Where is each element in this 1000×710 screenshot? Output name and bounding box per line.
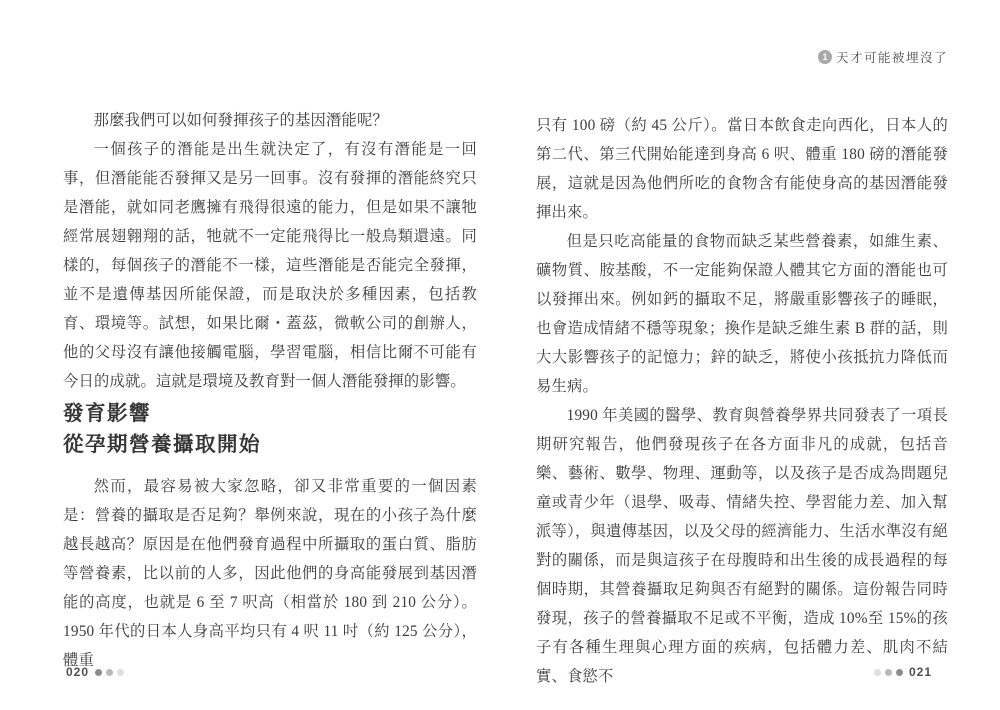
footer-dot bbox=[117, 669, 124, 676]
right-page-text: 只有 100 磅（約 45 公斤）。當日本飲食走向西化，日本人的第二代、第三代開… bbox=[536, 111, 948, 691]
section-heading: 發育影響 從孕期營養攝取開始 bbox=[63, 398, 261, 460]
paragraph: 1990 年美國的醫學、教育與營養學界共同發表了一項長期研究報告，他們發現孩子在… bbox=[536, 401, 948, 691]
footer-dots bbox=[874, 669, 903, 676]
section-heading-line2: 從孕期營養攝取開始 bbox=[63, 429, 261, 460]
left-page-footer: 020 bbox=[66, 665, 124, 679]
right-page-footer: 021 bbox=[874, 665, 932, 679]
left-page: 那麼我們可以如何發揮孩子的基因潛能呢？ 一個孩子的潛能是出生就決定了，有沒有潛能… bbox=[0, 0, 500, 710]
footer-dot bbox=[106, 669, 113, 676]
page-number: 020 bbox=[66, 665, 89, 679]
footer-dot bbox=[874, 669, 881, 676]
footer-dot bbox=[885, 669, 892, 676]
running-header: 1 天才可能被埋沒了 bbox=[818, 48, 948, 66]
left-page-text-top: 那麼我們可以如何發揮孩子的基因潛能呢？ 一個孩子的潛能是出生就決定了，有沒有潛能… bbox=[63, 106, 477, 396]
right-page: 1 天才可能被埋沒了 只有 100 磅（約 45 公斤）。當日本飲食走向西化，日… bbox=[500, 0, 1000, 710]
running-title: 天才可能被埋沒了 bbox=[836, 48, 948, 66]
paragraph: 然而，最容易被大家忽略，卻又非常重要的一個因素是：營養的攝取是否足夠？舉例來說，… bbox=[63, 472, 477, 675]
paragraph: 只有 100 磅（約 45 公斤）。當日本飲食走向西化，日本人的第二代、第三代開… bbox=[536, 111, 948, 227]
chapter-number-badge-icon: 1 bbox=[818, 50, 832, 64]
page-number: 021 bbox=[909, 665, 932, 679]
paragraph: 但是只吃高能量的食物而缺乏某些營養素，如維生素、礦物質、胺基酸，不一定能夠保證人… bbox=[536, 227, 948, 401]
section-heading-line1: 發育影響 bbox=[63, 398, 261, 429]
paragraph: 一個孩子的潛能是出生就決定了，有沒有潛能是一回事，但潛能能否發揮又是另一回事。沒… bbox=[63, 135, 477, 396]
left-page-text-bottom: 然而，最容易被大家忽略，卻又非常重要的一個因素是：營養的攝取是否足夠？舉例來說，… bbox=[63, 472, 477, 675]
book-spread: 那麼我們可以如何發揮孩子的基因潛能呢？ 一個孩子的潛能是出生就決定了，有沒有潛能… bbox=[0, 0, 1000, 710]
footer-dot bbox=[896, 669, 903, 676]
paragraph: 那麼我們可以如何發揮孩子的基因潛能呢？ bbox=[63, 106, 477, 135]
footer-dots bbox=[95, 669, 124, 676]
footer-dot bbox=[95, 669, 102, 676]
